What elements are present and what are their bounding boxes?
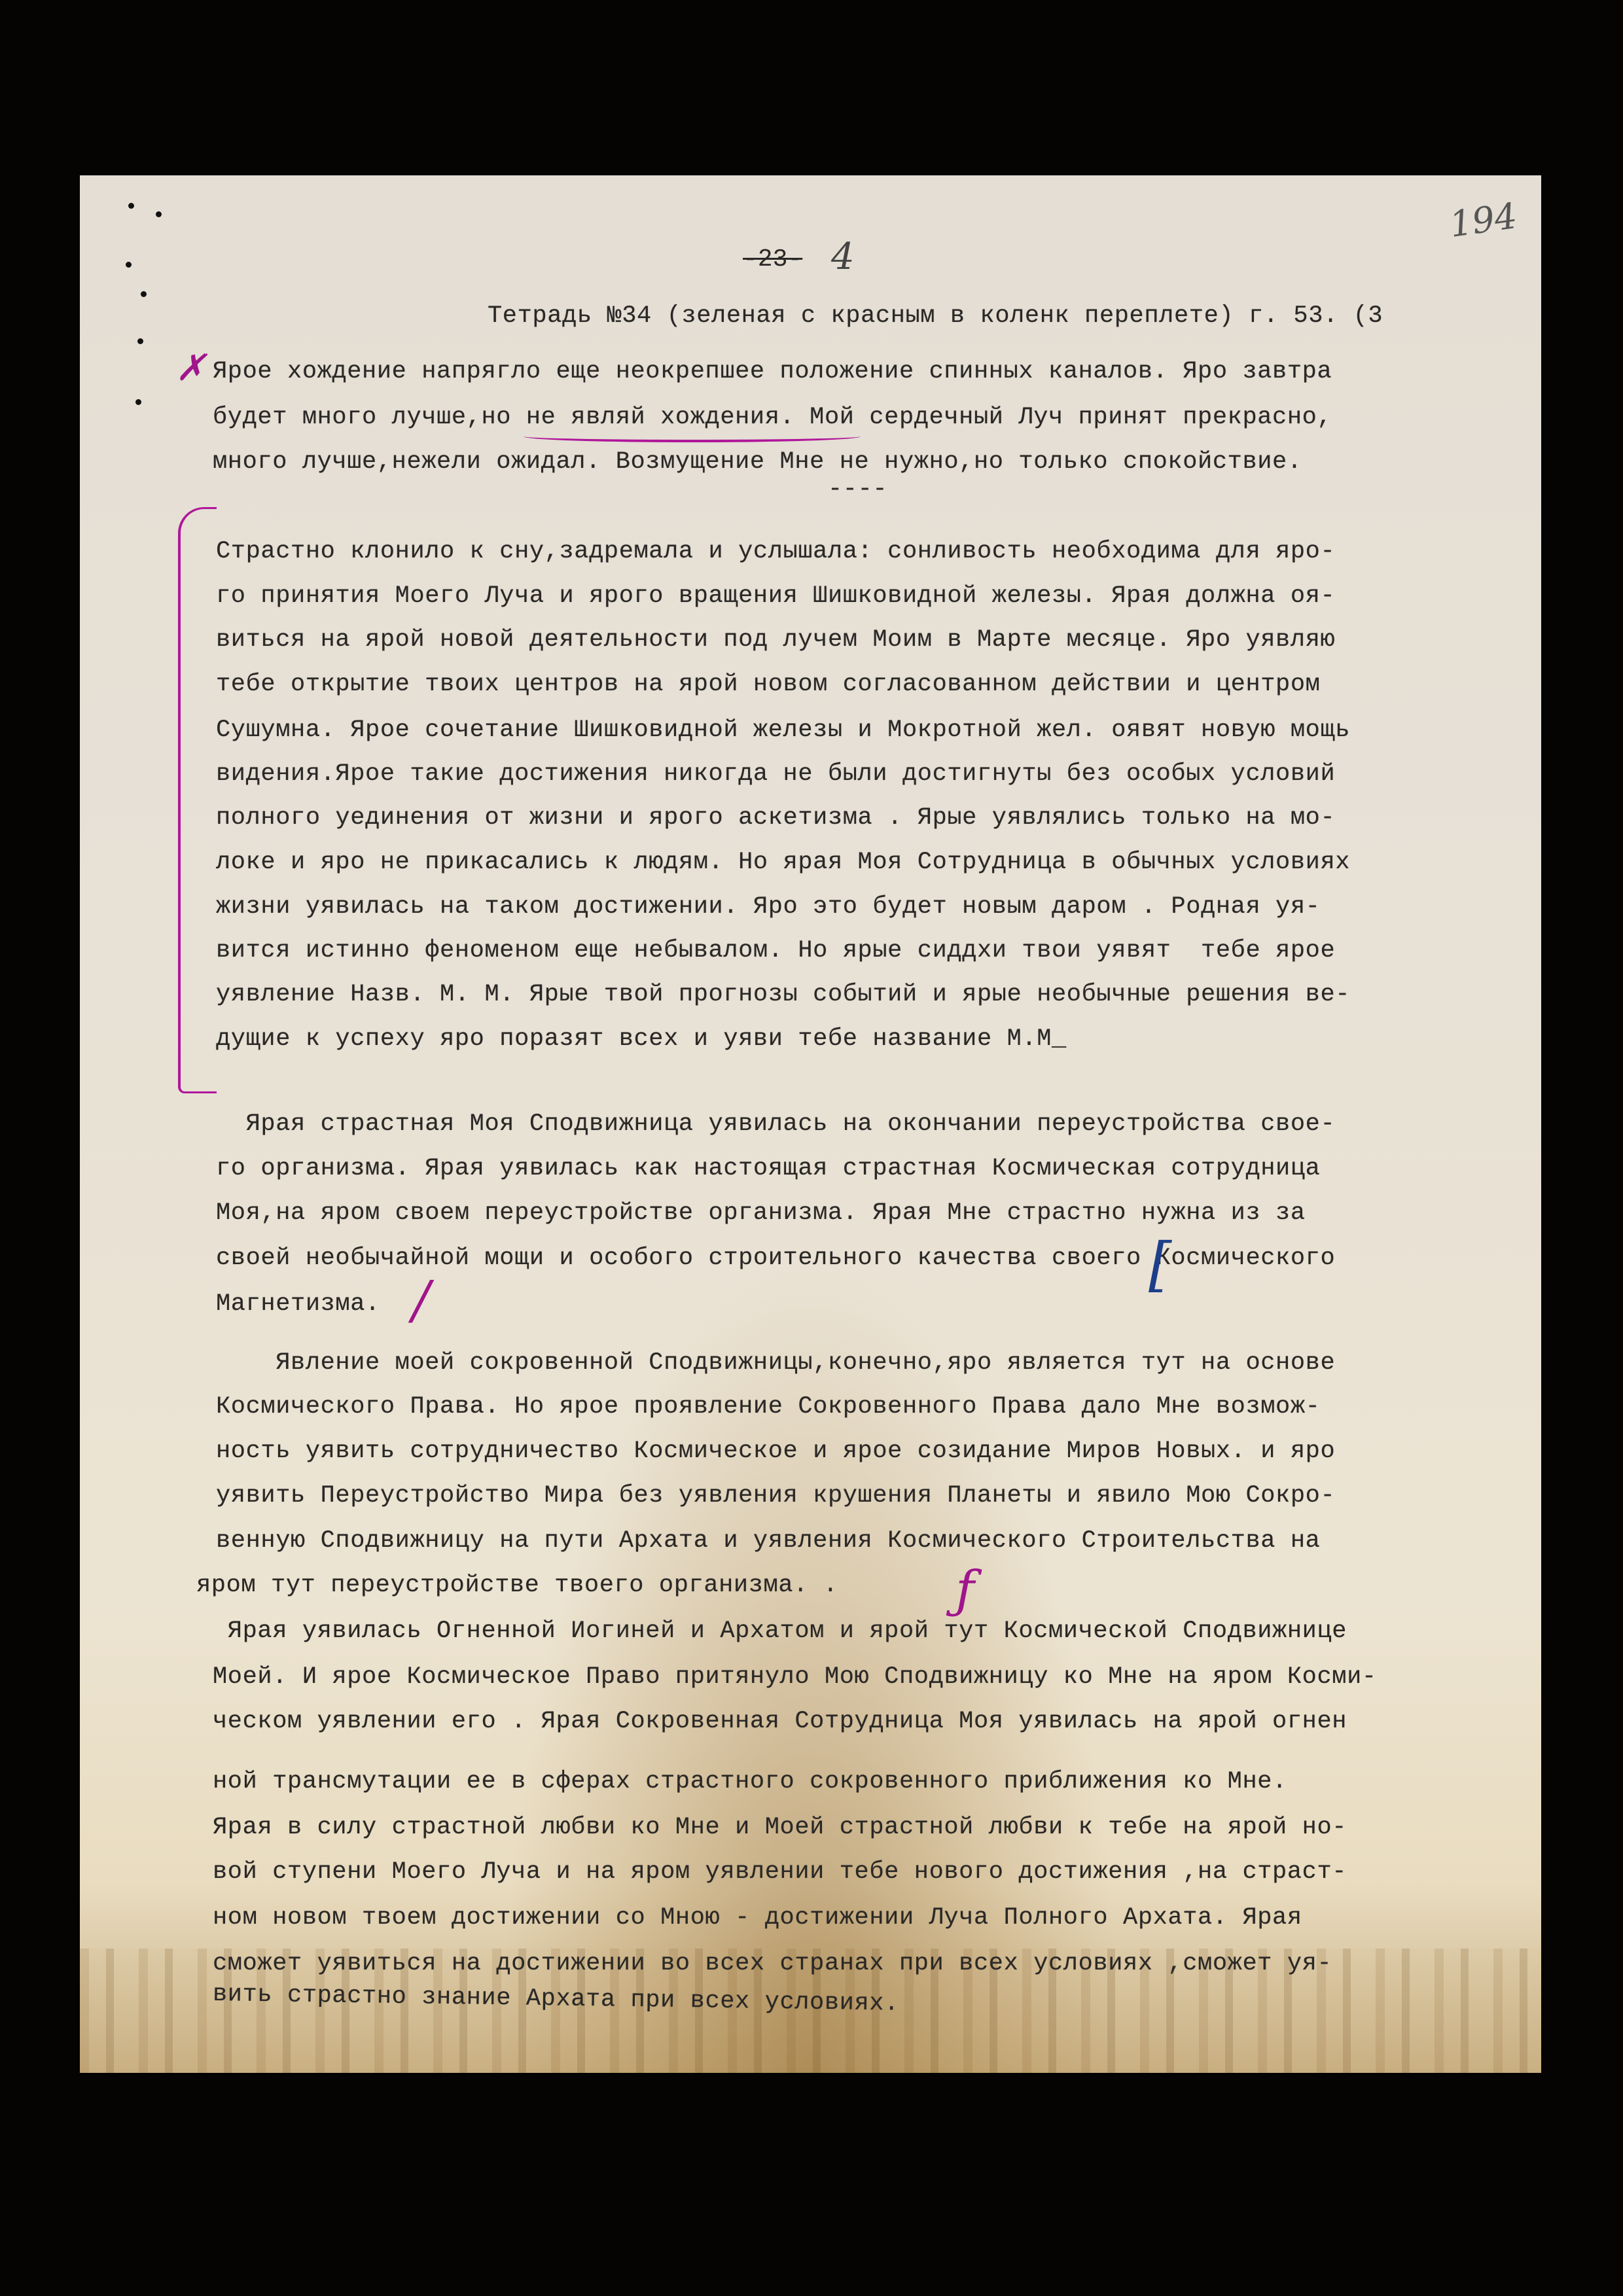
text-line: вится истинно феноменом еще небывалом. Н… — [216, 939, 1335, 963]
text-line: Явление моей сокровенной Сподвижницы,кон… — [216, 1351, 1335, 1375]
text-line: Магнетизма. — [216, 1292, 380, 1316]
text-line: виться на ярой новой деятельности под лу… — [216, 628, 1335, 652]
text-line: Страстно клонило к сну,задремала и услыш… — [216, 540, 1335, 564]
magenta-underline — [524, 431, 861, 442]
text-line: венную Сподвижницу на пути Архата и уявл… — [216, 1529, 1320, 1553]
text-line: Ярая в силу страстной любви ко Мне и Мое… — [213, 1816, 1347, 1840]
handwritten-page-number: 4 — [831, 236, 855, 278]
text-line: яром тут переустройстве твоего организма… — [196, 1574, 838, 1598]
text-line: сможет уявиться на достижении во всех ст… — [213, 1952, 1332, 1976]
margin-speck — [126, 262, 132, 268]
text-line: уявление Назв. М. М. Ярые твой прогнозы … — [216, 983, 1350, 1007]
text-line: ческом уявлении его . Ярая Сокровенная С… — [213, 1710, 1347, 1734]
text-line: Ярая страстная Моя Сподвижница уявилась … — [216, 1112, 1335, 1137]
margin-speck — [128, 203, 134, 209]
text-line: много лучше,нежели ожидал. Возмущение Мн… — [213, 450, 1302, 474]
text-line: ность уявить сотрудничество Космическое … — [216, 1439, 1335, 1464]
text-line: видения.Ярое такие достижения никогда не… — [216, 762, 1335, 786]
separator: ---- — [828, 478, 887, 502]
text-line: го принятия Моего Луча и ярого вращения … — [216, 584, 1335, 609]
text-line: Моей. И ярое Космическое Право притянуло… — [213, 1665, 1377, 1689]
document-heading: Тетрадь №34 (зеленая с красным в коленк … — [488, 304, 1383, 328]
text-line: будет много лучше,но не являй хождения. … — [213, 406, 1332, 430]
text-line: уявить Переустройство Мира без уявления … — [216, 1484, 1335, 1508]
text-line: дущие к успеху яро поразят всех и уяви т… — [216, 1027, 1067, 1051]
text-line: полного уединения от жизни и ярого аскет… — [216, 806, 1335, 830]
text-line: Ярое хождение напрягло еще неокрепшее по… — [213, 360, 1332, 384]
margin-speck — [137, 338, 143, 344]
text-line: Космического Права. Но ярое проявление С… — [216, 1395, 1320, 1419]
text-line: тебе открытие твоих центров на ярой ново… — [216, 673, 1320, 697]
typed-page-number: -23- — [743, 245, 802, 274]
text-line: Ярая уявилась Огненной Иогиней и Архатом… — [213, 1619, 1347, 1644]
text-line: локе и яро не прикасались к людям. Но яр… — [216, 851, 1350, 875]
margin-speck — [135, 399, 141, 405]
check-mark-icon: ƒ — [955, 1561, 974, 1619]
margin-speck — [141, 291, 147, 297]
margin-speck — [156, 211, 162, 217]
text-line: Моя,на яром своем переустройстве организ… — [216, 1201, 1306, 1226]
text-line: жизни уявилась на таком достижении. Яро … — [216, 895, 1320, 919]
text-line: го организма. Ярая уявилась как настояща… — [216, 1157, 1320, 1181]
text-line: ной трансмутации ее в сферах страстного … — [213, 1770, 1287, 1794]
blue-bracket-icon: [ — [1149, 1230, 1171, 1299]
text-line: ном новом твоем достижении со Мною - дос… — [213, 1906, 1302, 1930]
slash-mark-icon: / — [412, 1269, 430, 1330]
magenta-margin-bracket — [178, 507, 217, 1093]
text-line: вой ступени Моего Луча и на яром уявлени… — [213, 1860, 1347, 1884]
margin-x-mark-icon: ✗ — [175, 347, 206, 389]
text-line: Сушумна. Ярое сочетание Шишковидной желе… — [216, 718, 1350, 743]
